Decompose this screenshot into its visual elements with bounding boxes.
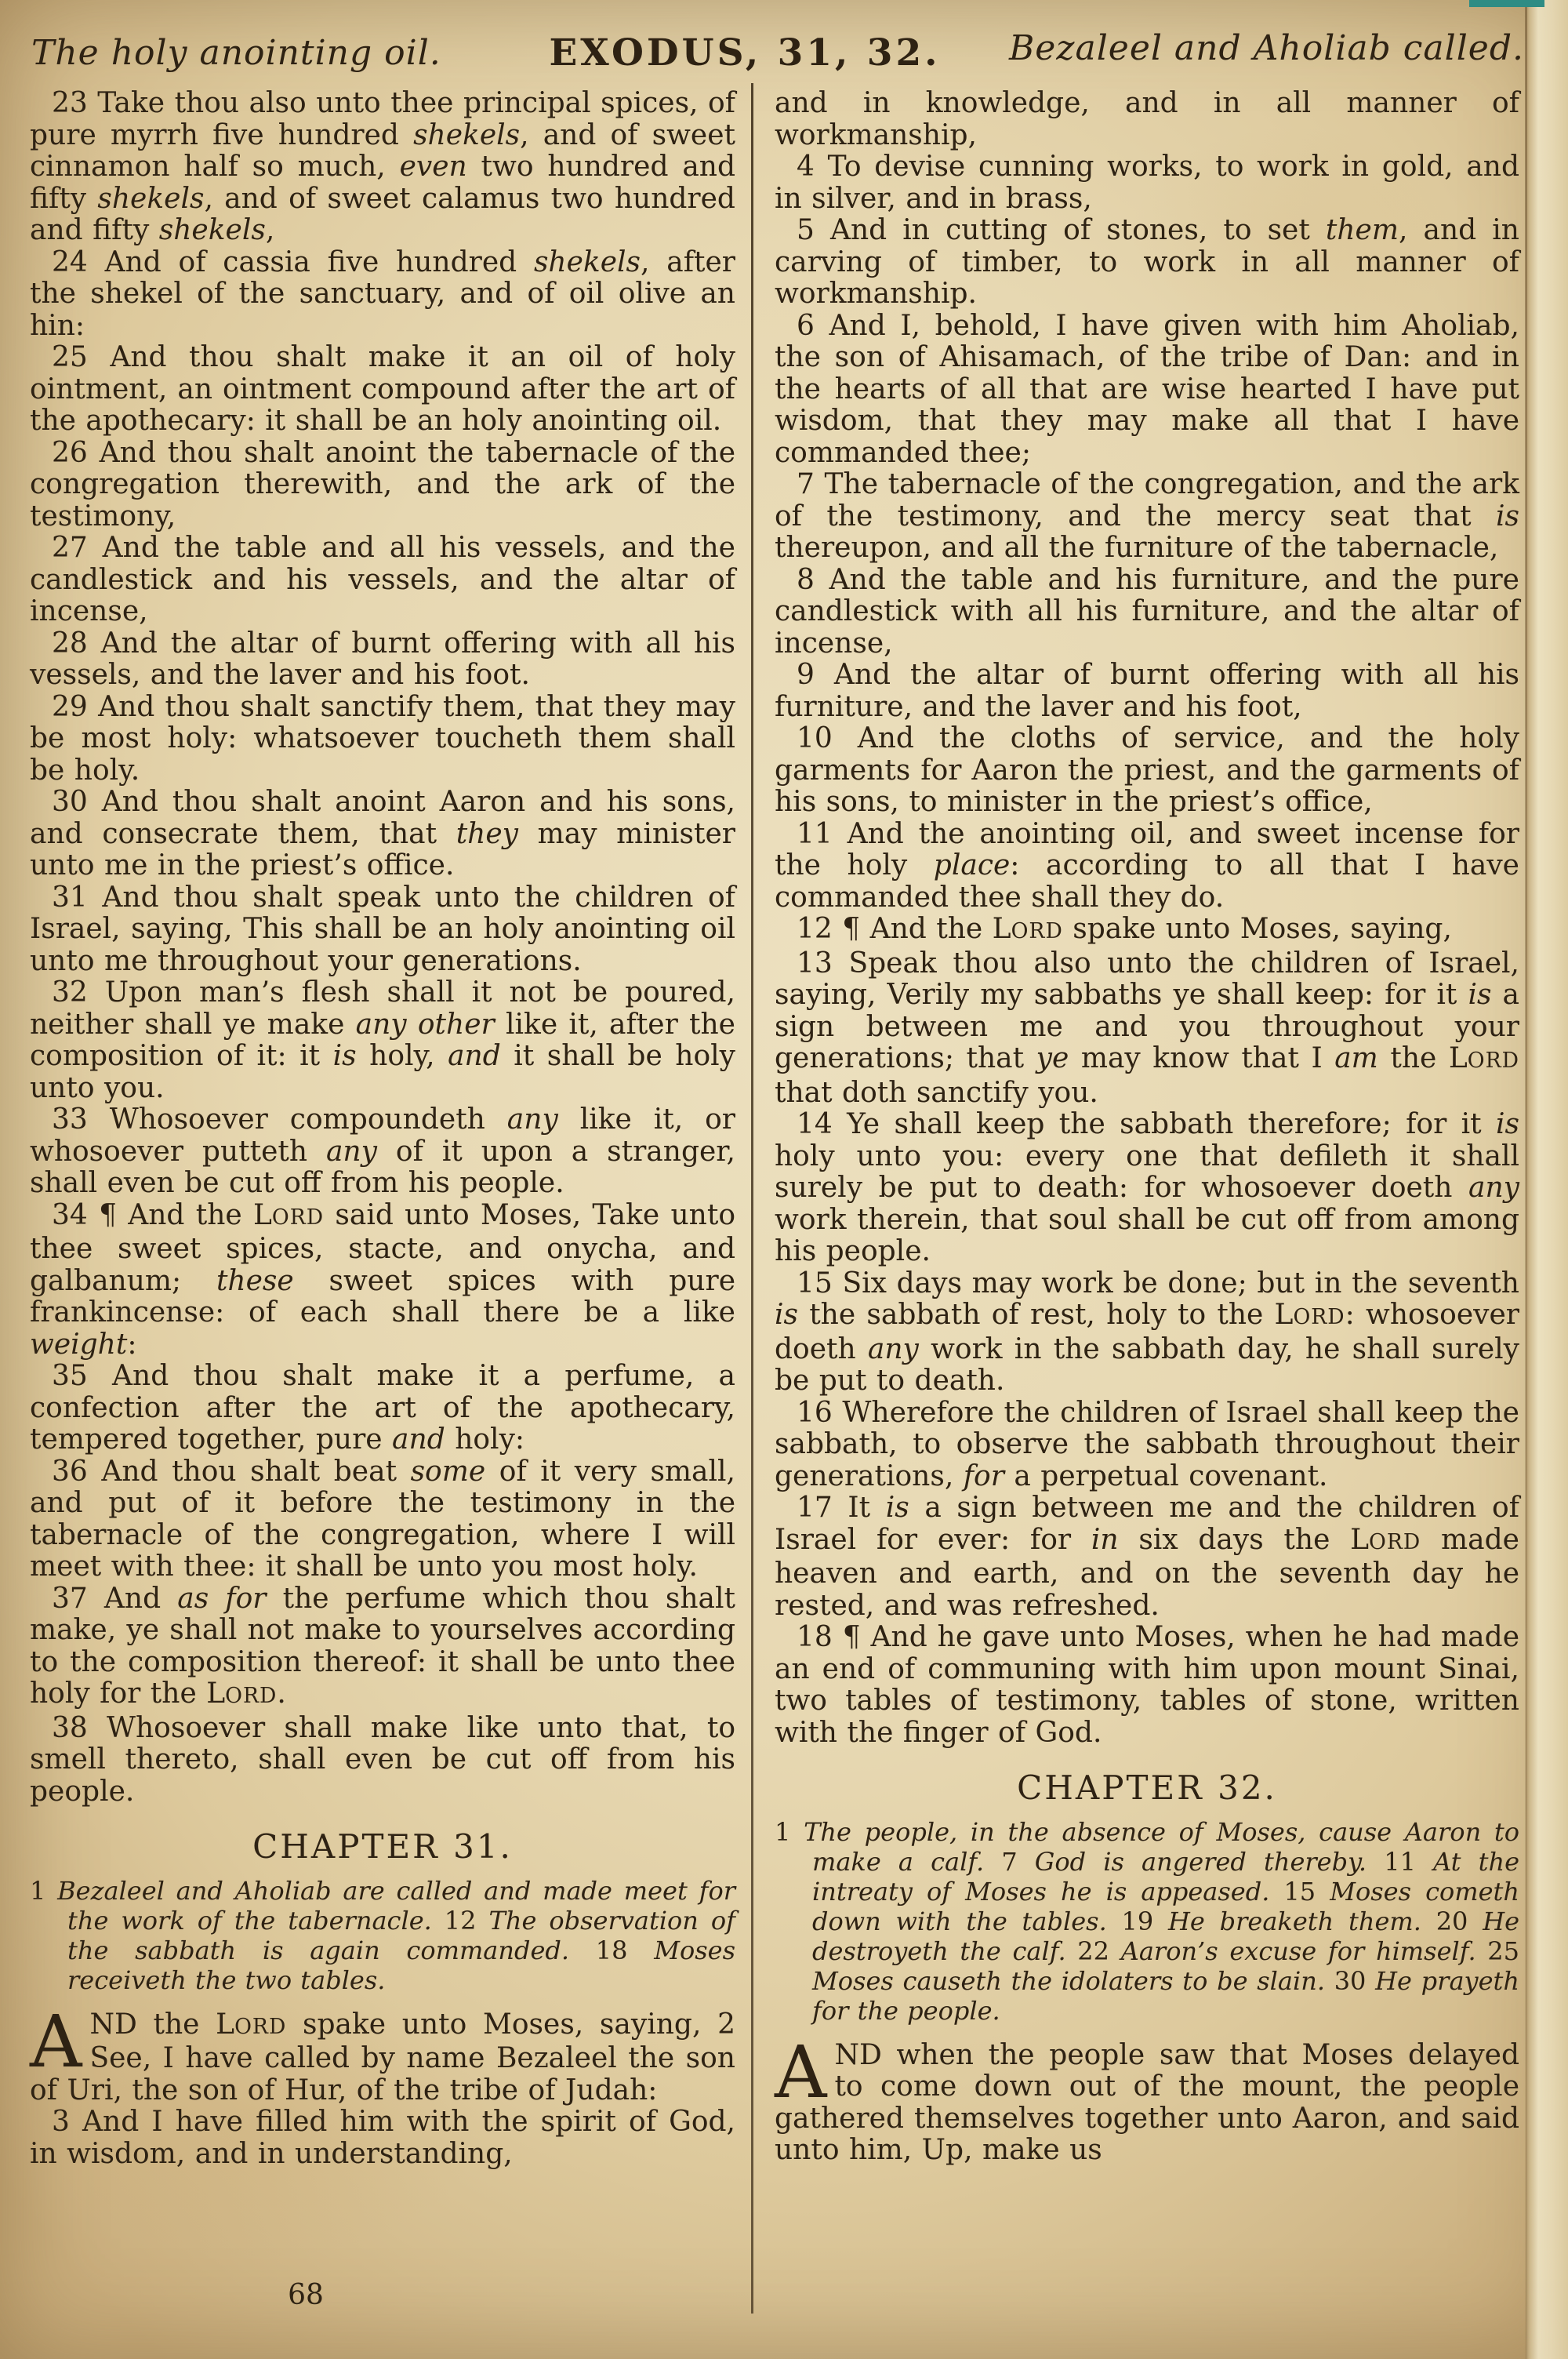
column-divider-rule [751,83,753,2314]
text-column-left: 23 Take thou also unto thee principal sp… [30,88,735,2170]
text-column-right: and in knowledge, and in all manner of w… [775,88,1519,2167]
verse-paragraph: 14 Ye shall keep the sabbath therefore; … [775,1109,1519,1268]
running-head-left: The holy anointing oil. [31,33,441,73]
drop-cap-initial: A [30,2009,89,2070]
page-number: 68 [71,2279,541,2311]
verse-paragraph: 3 And I have filled him with the spirit … [30,2106,735,2170]
verse-paragraph: 37 And as for the perfume which thou sha… [30,1583,735,1713]
verse-paragraph: 13 Speak thou also unto the children of … [775,948,1519,1110]
page-edge [1526,0,1568,2359]
verse-paragraph: 29 And thou shalt sanctify them, that th… [30,692,735,787]
verse-paragraph: 17 It is a sign between me and the child… [775,1492,1519,1622]
verse-paragraph: 25 And thou shalt make it an oil of holy… [30,342,735,438]
drop-cap-initial: A [775,2040,834,2101]
verse-paragraph: 10 And the cloths of service, and the ho… [775,723,1519,819]
running-head-right: Bezaleel and Aholiab called. [1009,28,1524,68]
verse-paragraph: 35 And thou shalt make it a perfume, a c… [30,1361,735,1456]
verse-paragraph: 15 Six days may work be done; but in the… [775,1268,1519,1398]
verse-paragraph: 33 Whosoever compoundeth any like it, or… [30,1104,735,1200]
verse-paragraph: 6 And I, behold, I have given with him A… [775,311,1519,470]
verse-paragraph: 4 To devise cunning works, to work in go… [775,151,1519,215]
verse-paragraph: 18 ¶ And he gave unto Moses, when he had… [775,1622,1519,1749]
verse-continuation: and in knowledge, and in all manner of w… [775,88,1519,151]
page-crease [1525,0,1527,2359]
book-cover-sliver [1469,0,1544,7]
verse-paragraph: 8 And the table and his furniture, and t… [775,565,1519,660]
verse-paragraph: 11 And the anointing oil, and sweet ince… [775,819,1519,914]
chapter-heading: CHAPTER 31. [30,1831,735,1863]
drop-cap-paragraph: AND when the people saw that Moses delay… [775,2040,1519,2167]
verse-paragraph: 5 And in cutting of stones, to set them,… [775,215,1519,311]
chapter-heading: CHAPTER 32. [775,1772,1519,1805]
chapter-summary: 1 The people, in the absence of Moses, c… [775,1817,1519,2026]
running-head-book-chapters: EXODUS, 31, 32. [549,31,940,75]
verse-paragraph: 32 Upon man’s flesh shall it not be pour… [30,977,735,1104]
verse-paragraph: 23 Take thou also unto thee principal sp… [30,88,735,247]
verse-paragraph: 12 ¶ And the LORD spake unto Moses, sayi… [775,914,1519,948]
verse-paragraph: 36 And thou shalt beat some of it very s… [30,1456,735,1583]
verse-paragraph: 30 And thou shalt anoint Aaron and his s… [30,787,735,882]
verse-paragraph: 7 The tabernacle of the congregation, an… [775,469,1519,565]
bible-page: The holy anointing oil. EXODUS, 31, 32. … [0,0,1568,2359]
chapter-summary: 1 Bezaleel and Aholiab are called and ma… [30,1876,735,1995]
verse-paragraph: 24 And of cassia five hundred shekels, a… [30,247,735,343]
verse-paragraph: 38 Whosoever shall make like unto that, … [30,1713,735,1808]
verse-paragraph: 26 And thou shalt anoint the tabernacle … [30,438,735,533]
drop-cap-paragraph: AND the LORD spake unto Moses, saying, 2… [30,2009,735,2107]
verse-paragraph: 9 And the altar of burnt offering with a… [775,660,1519,723]
verse-paragraph: 31 And thou shalt speak unto the childre… [30,882,735,978]
verse-paragraph: 34 ¶ And the LORD said unto Moses, Take … [30,1200,735,1361]
verse-paragraph: 16 Wherefore the children of Israel shal… [775,1398,1519,1493]
verse-paragraph: 27 And the table and all his vessels, an… [30,533,735,628]
verse-paragraph: 28 And the altar of burnt offering with … [30,628,735,692]
